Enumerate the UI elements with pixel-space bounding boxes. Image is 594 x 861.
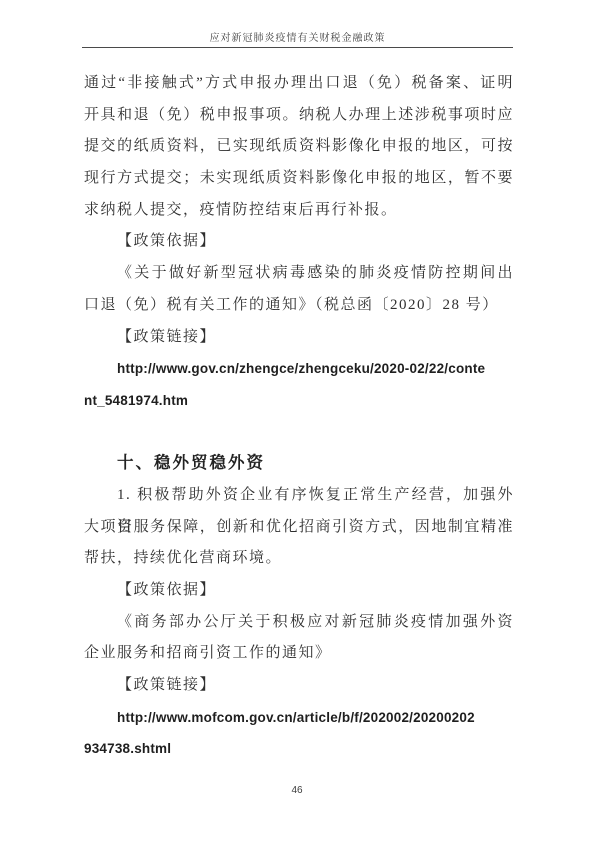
body-line: 现行方式提交；未实现纸质资料影像化申报的地区，暂不要	[84, 163, 514, 195]
section-heading: 十、稳外贸稳外资	[84, 448, 514, 480]
policy-title-line: 企业服务和招商引资工作的通知》	[84, 638, 514, 670]
header-rule	[82, 47, 513, 48]
body-line: 开具和退（免）税申报事项。纳税人办理上述涉税事项时应	[84, 100, 514, 132]
policy-url-line: nt_5481974.htm	[84, 385, 514, 417]
body-line: 通过“非接触式”方式申报办理出口退（免）税备案、证明	[84, 68, 514, 100]
page-number: 46	[291, 785, 302, 796]
page-header-title: 应对新冠肺炎疫情有关财税金融政策	[82, 29, 513, 44]
policy-basis-label: 【政策依据】	[84, 226, 514, 258]
body-line: 1. 积极帮助外资企业有序恢复正常生产经营，加强外资	[84, 480, 514, 512]
document-body: 通过“非接触式”方式申报办理出口退（免）税备案、证明 开具和退（免）税申报事项。…	[84, 68, 514, 765]
policy-title-line: 《关于做好新型冠状病毒感染的肺炎疫情防控期间出	[84, 258, 514, 290]
policy-link-label: 【政策链接】	[84, 670, 514, 702]
body-line: 大项目服务保障，创新和优化招商引资方式，因地制宜精准	[84, 512, 514, 544]
blank-line	[84, 417, 514, 449]
policy-basis-label: 【政策依据】	[84, 575, 514, 607]
policy-url-line: 934738.shtml	[84, 733, 514, 765]
policy-title-line: 《商务部办公厅关于积极应对新冠肺炎疫情加强外资	[84, 607, 514, 639]
page-footer: 46	[0, 785, 594, 796]
policy-title-line: 口退（免）税有关工作的通知》（税总函〔2020〕28 号）	[84, 290, 514, 322]
policy-url-line: http://www.gov.cn/zhengce/zhengceku/2020…	[84, 353, 514, 385]
body-line: 帮扶，持续优化营商环境。	[84, 543, 514, 575]
body-line: 求纳税人提交，疫情防控结束后再行补报。	[84, 195, 514, 227]
body-line: 提交的纸质资料，已实现纸质资料影像化申报的地区，可按	[84, 131, 514, 163]
policy-link-label: 【政策链接】	[84, 322, 514, 354]
document-page: 应对新冠肺炎疫情有关财税金融政策 通过“非接触式”方式申报办理出口退（免）税备案…	[0, 0, 594, 861]
policy-url-line: http://www.mofcom.gov.cn/article/b/f/202…	[84, 702, 514, 734]
